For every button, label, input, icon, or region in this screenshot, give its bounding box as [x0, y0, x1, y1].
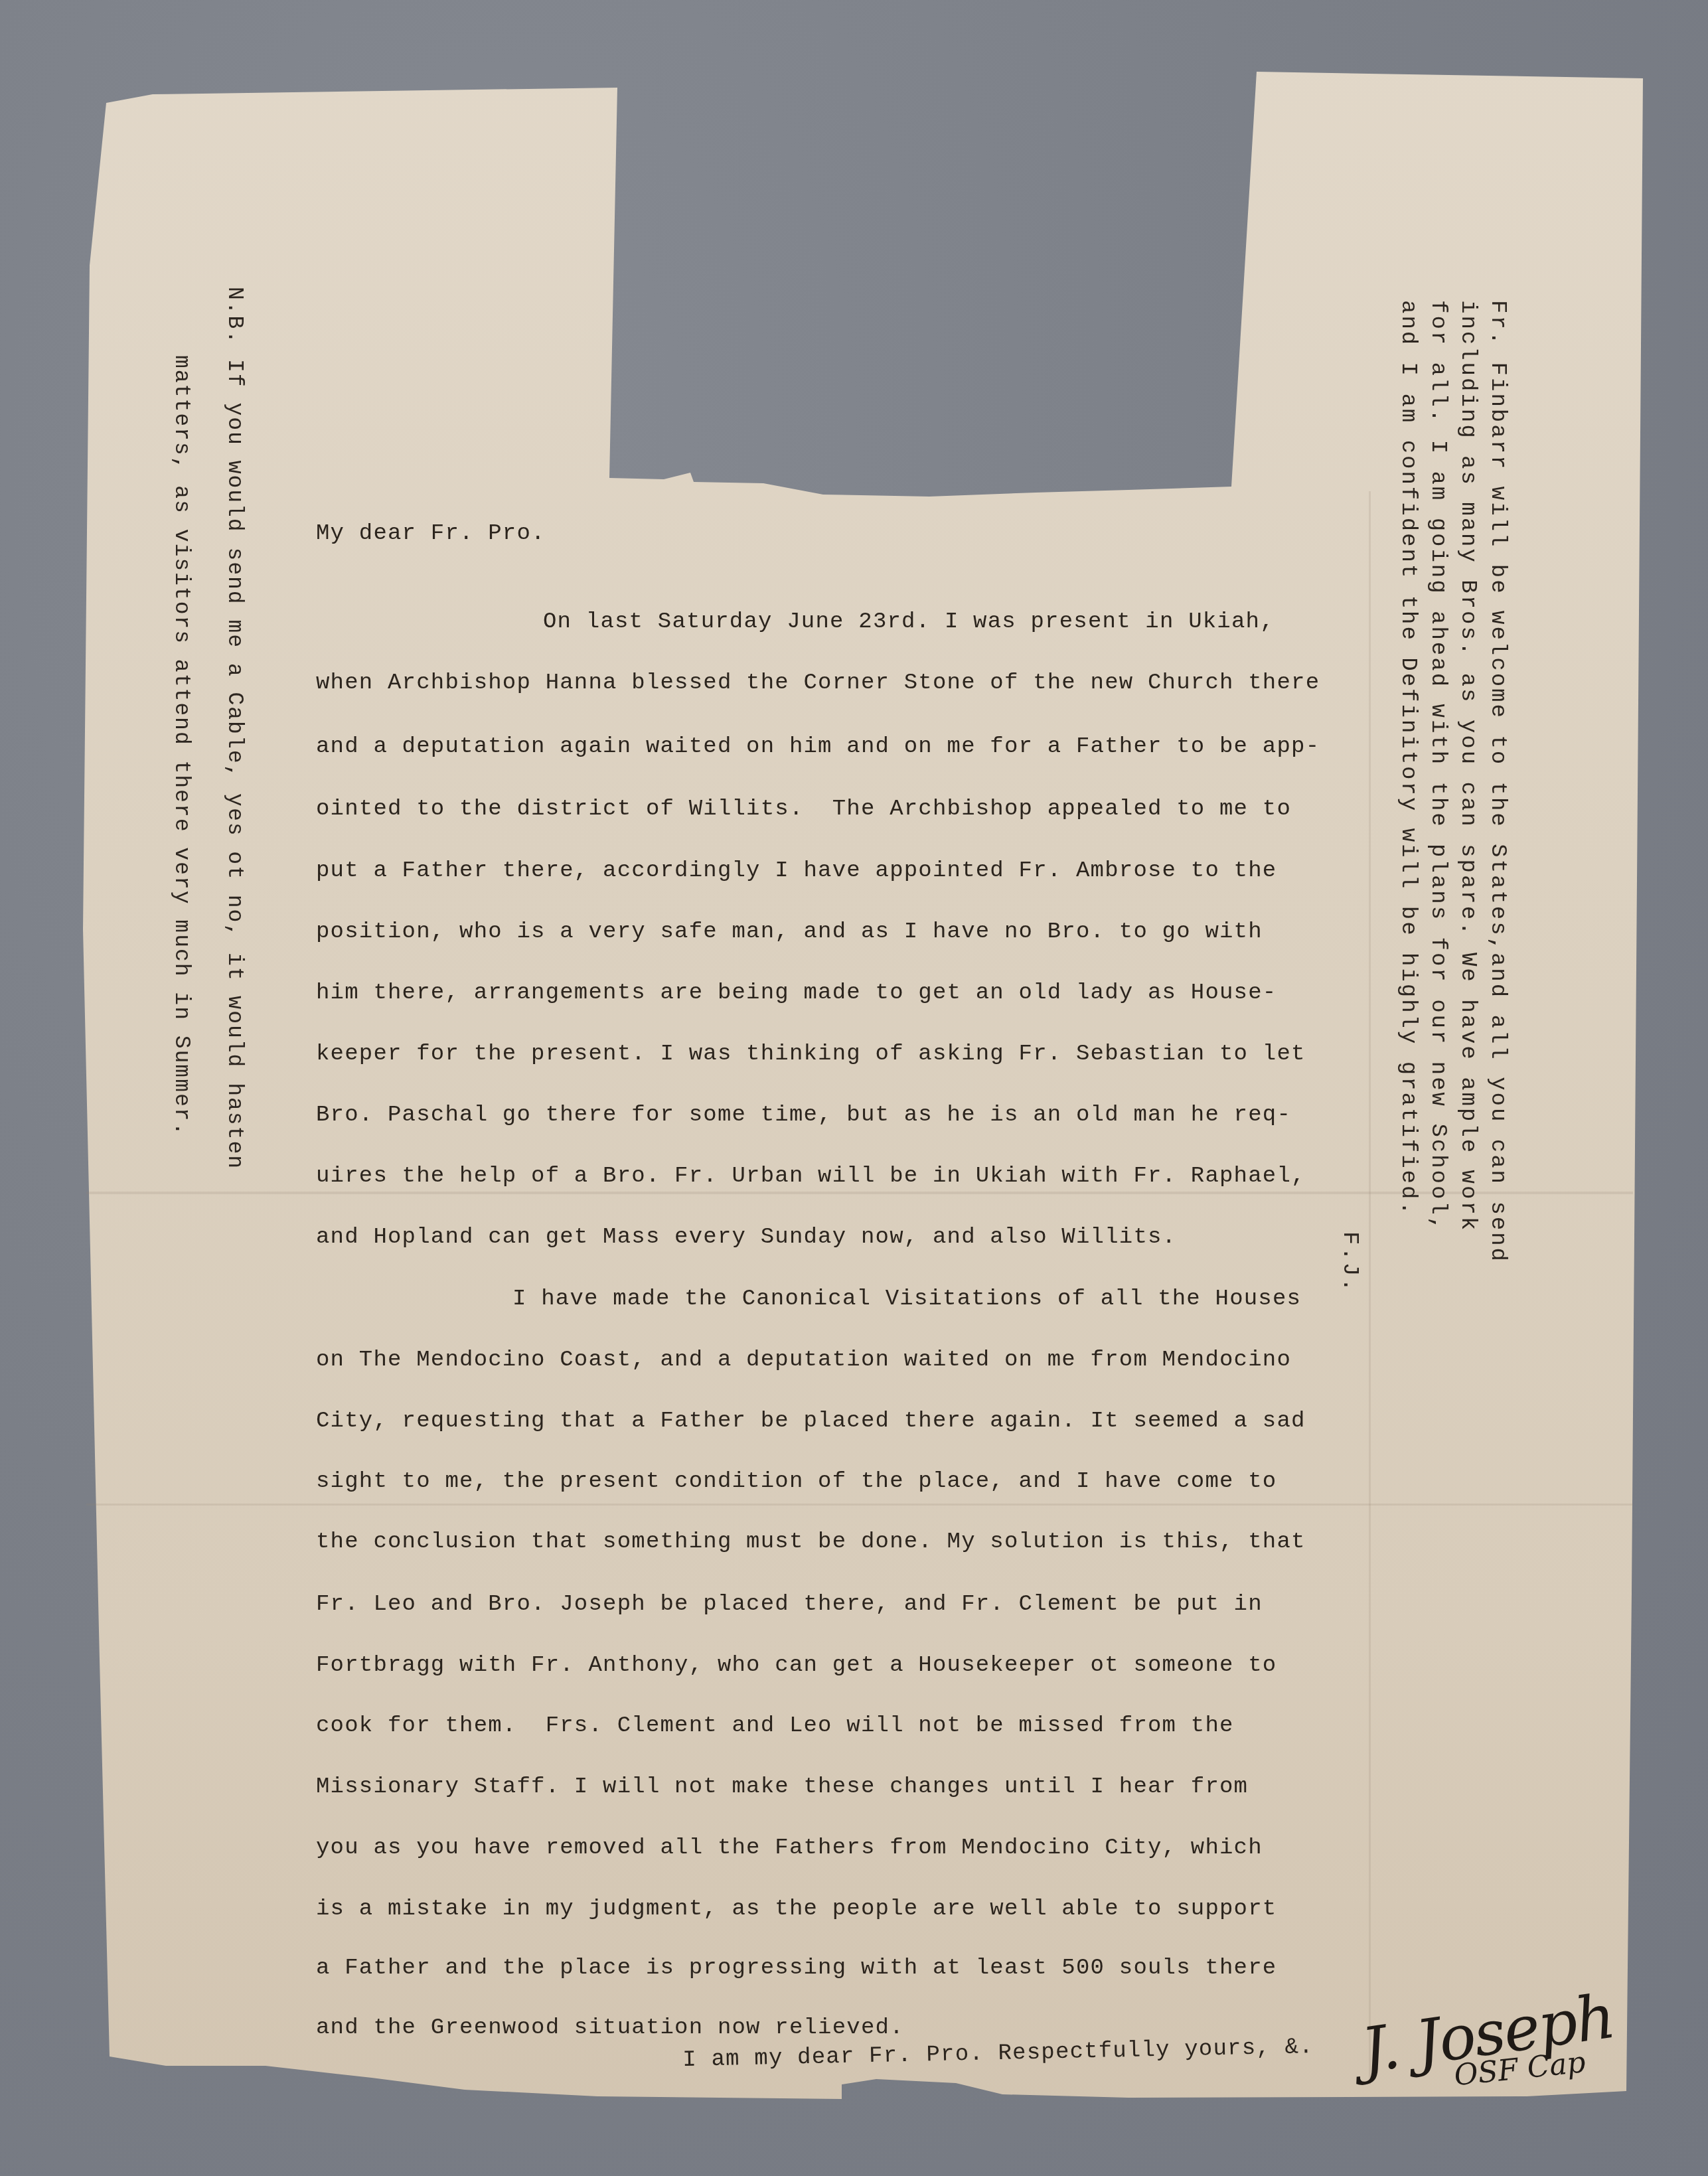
body-line: the conclusion that something must be do…	[316, 1529, 1306, 1555]
body-line: when Archbishop Hanna blessed the Corner…	[316, 670, 1320, 696]
margin-note-right-initials: F.J.	[1337, 1231, 1362, 1294]
body-line: City, requesting that a Father be placed…	[316, 1409, 1306, 1434]
body-line: On last Saturday June 23rd. I was presen…	[543, 609, 1275, 635]
body-line: him there, arrangements are being made t…	[316, 980, 1277, 1006]
margin-note-right-line-3: for all. I am going ahead with the plans…	[1425, 300, 1450, 1232]
body-line: Bro. Paschal go there for some time, but…	[316, 1103, 1291, 1128]
body-line: position, who is a very safe man, and as…	[316, 919, 1263, 945]
margin-note-left-line-2: matters, as visitors attend there very m…	[169, 355, 194, 1136]
margin-note-right-line-4: and I am confident the Definitory will b…	[1395, 300, 1421, 1217]
body-line: and a deputation again waited on him and…	[316, 734, 1320, 759]
body-line: Fortbragg with Fr. Anthony, who can get …	[316, 1653, 1277, 1678]
crease-horizontal-lower	[86, 1504, 1633, 1506]
body-line: Missionary Staff. I will not make these …	[316, 1774, 1248, 1800]
body-line: uires the help of a Bro. Fr. Urban will …	[316, 1164, 1306, 1189]
body-line: cook for them. Frs. Clement and Leo will…	[316, 1713, 1234, 1739]
margin-note-left-line-1: N.B. If you would send me a Cable, yes o…	[222, 287, 247, 1170]
body-line: put a Father there, accordingly I have a…	[316, 858, 1277, 884]
margin-note-right-line-2: including as many Bros. as you can spare…	[1455, 300, 1480, 1232]
body-line: and Hopland can get Mass every Sunday no…	[316, 1225, 1176, 1250]
body-line: you as you have removed all the Fathers …	[316, 1835, 1263, 1861]
body-line: I have made the Canonical Visitations of…	[512, 1286, 1301, 1312]
body-line: is a mistake in my judgment, as the peop…	[316, 1897, 1277, 1922]
body-line: on The Mendocino Coast, and a deputation…	[316, 1348, 1291, 1373]
handwritten-signature: J. Joseph OSF Cap	[1361, 1998, 1614, 2084]
salutation: My dear Fr. Pro.	[316, 521, 546, 546]
margin-note-right-line-1: Fr. Finbarr will be welcome to the State…	[1485, 300, 1510, 1263]
body-line: ointed to the district of Willits. The A…	[316, 797, 1291, 822]
body-line: a Father and the place is progressing wi…	[316, 1956, 1277, 1981]
body-line: sight to me, the present condition of th…	[316, 1469, 1277, 1494]
body-line: keeper for the present. I was thinking o…	[316, 1042, 1306, 1067]
crease-vertical	[1369, 491, 1371, 2084]
body-line: Fr. Leo and Bro. Joseph be placed there,…	[316, 1592, 1263, 1617]
body-line: and the Greenwood situation now relieved…	[316, 2015, 904, 2041]
